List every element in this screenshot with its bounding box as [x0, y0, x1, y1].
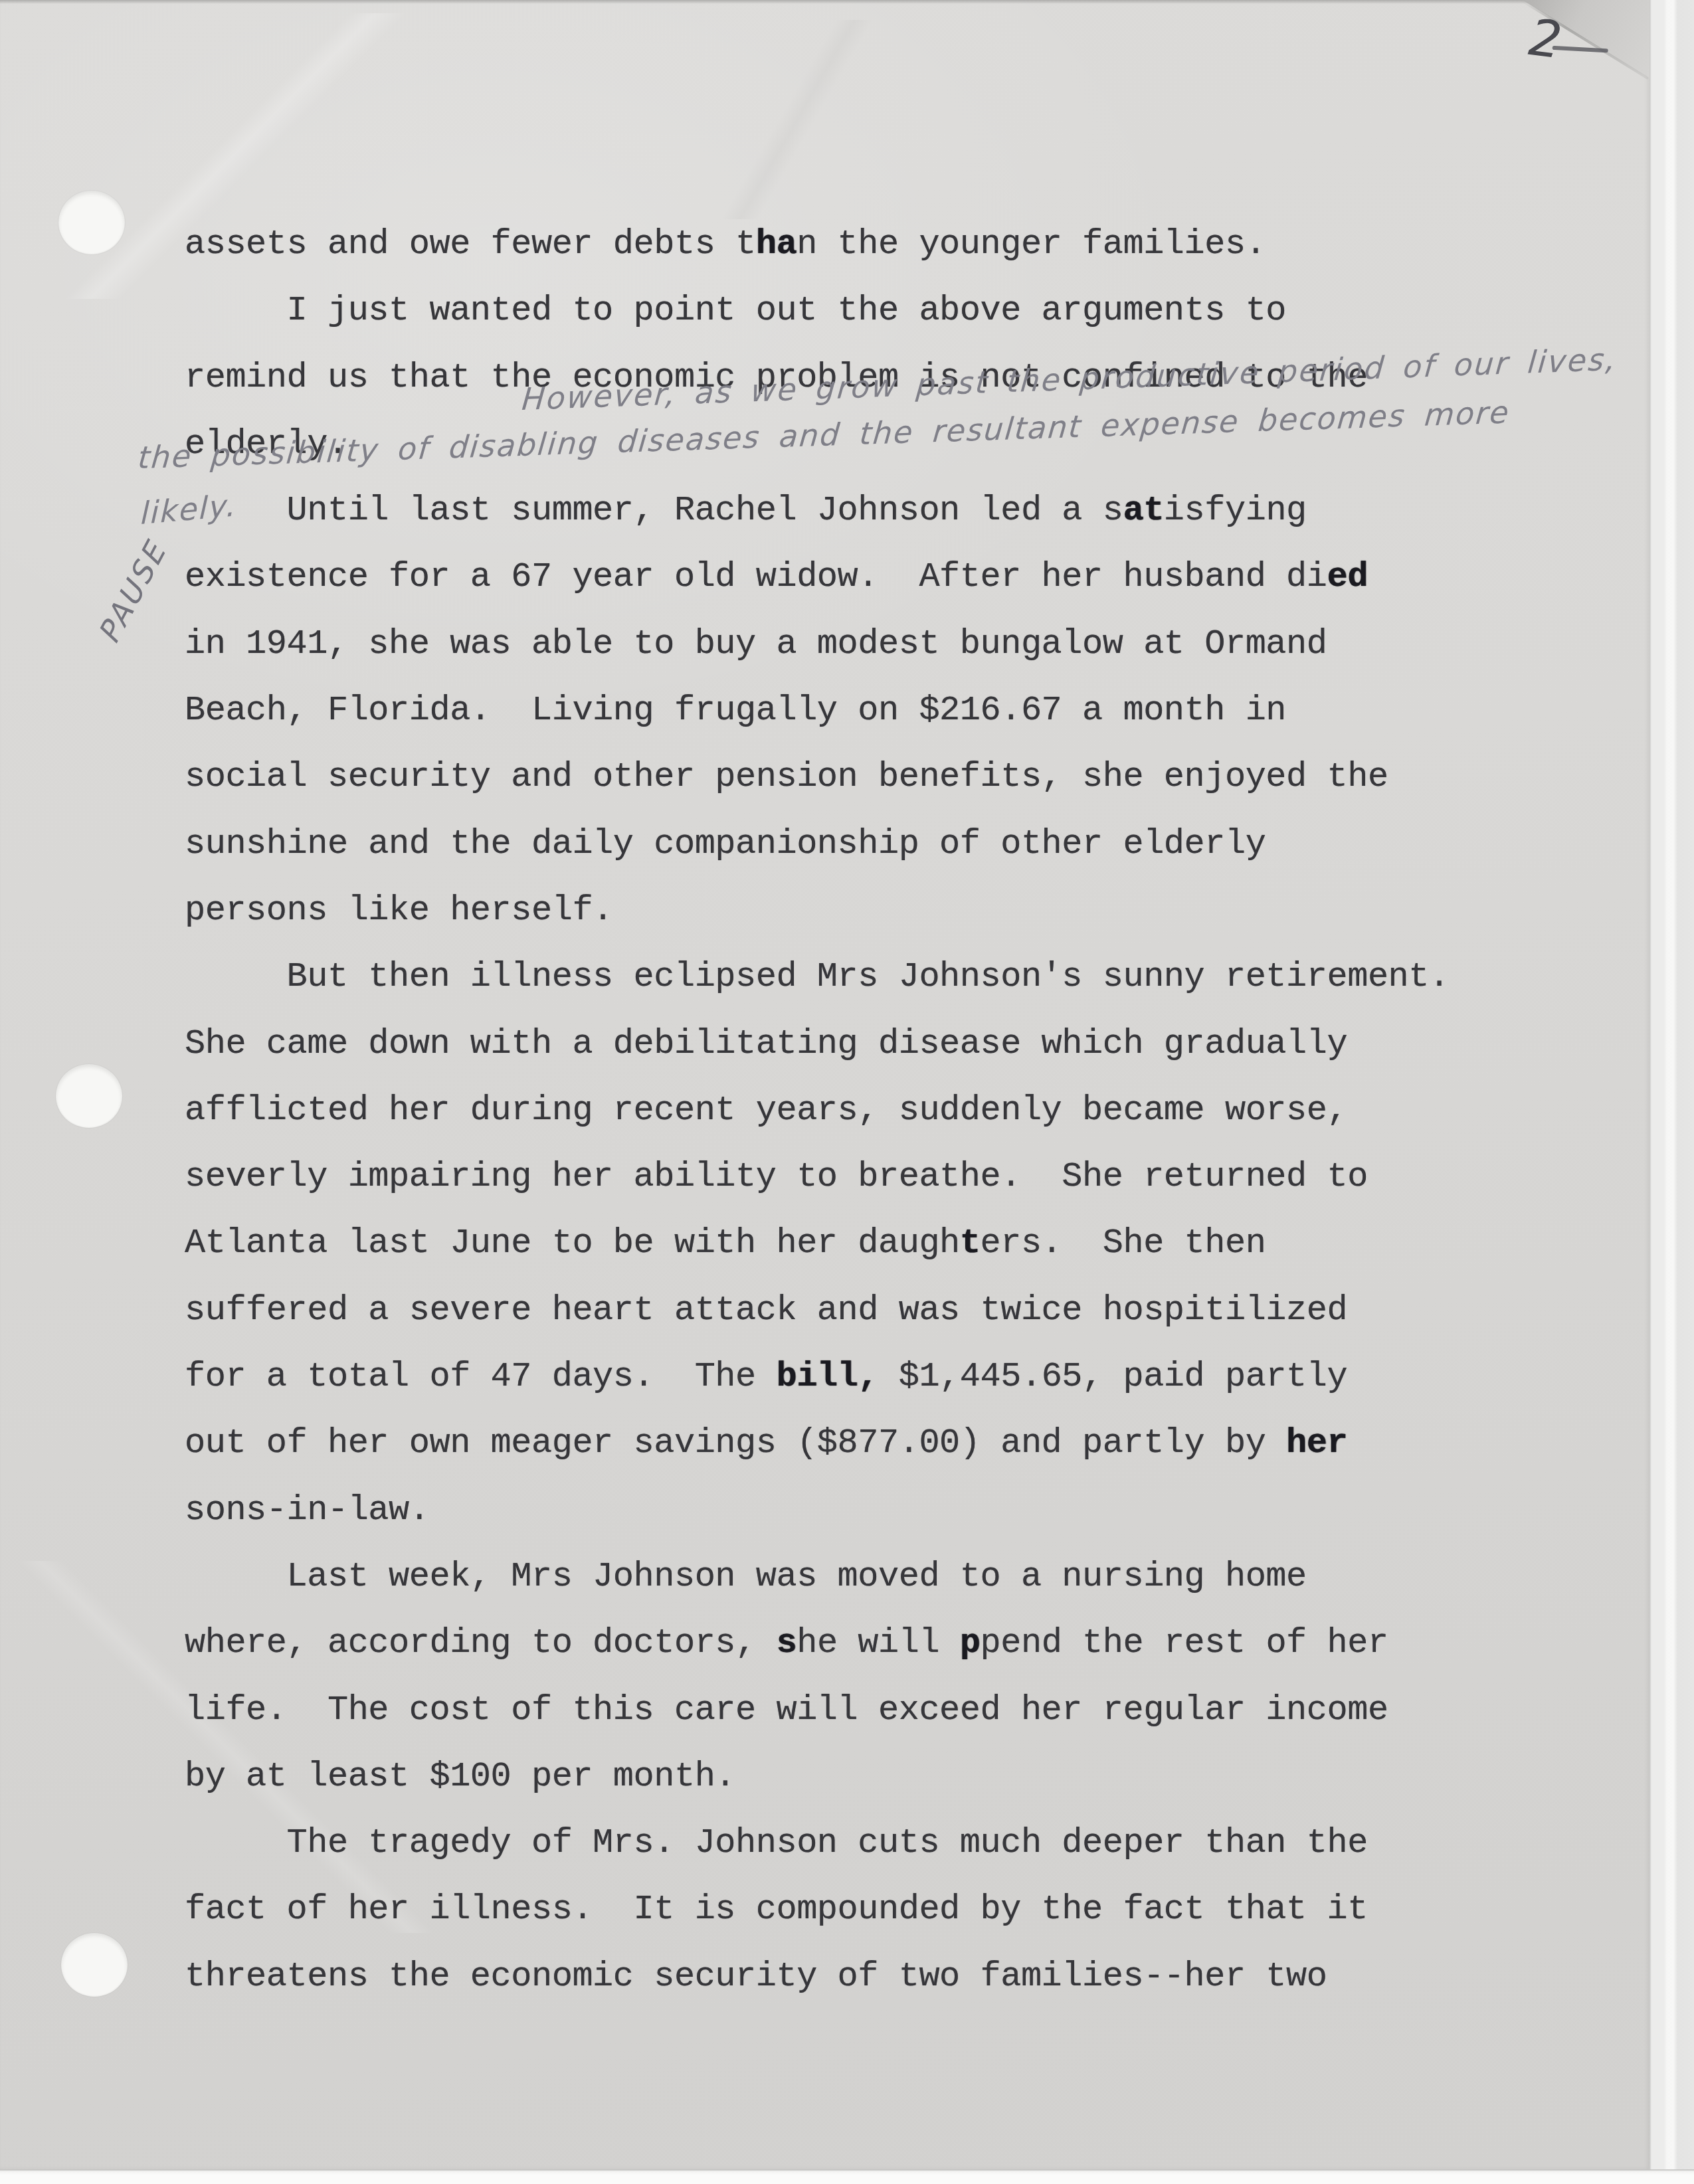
- typed-segment: where, according to doctors,: [185, 1623, 776, 1663]
- typed-segment: sons-in-law.: [185, 1491, 429, 1530]
- typed-line: by at least $100 per month.: [185, 1744, 1450, 1810]
- typed-text-body: assets and owe fewer debts than the youn…: [185, 211, 1450, 2010]
- handwritten-page-number: 2: [1526, 7, 1612, 76]
- typed-segment-overstruck: t: [960, 1224, 981, 1263]
- typed-segment-overstruck: p: [960, 1623, 981, 1663]
- typed-segment: $1,445.65, paid partly: [878, 1357, 1347, 1396]
- typed-line: where, according to doctors, she will pp…: [185, 1610, 1450, 1677]
- typed-segment: by at least $100 per month.: [185, 1757, 735, 1796]
- paper-crease: [545, 20, 1050, 219]
- typed-line: sunshine and the daily companionship of …: [185, 811, 1450, 877]
- typed-line: The tragedy of Mrs. Johnson cuts much de…: [185, 1810, 1450, 1876]
- typed-line: afflicted her during recent years, sudde…: [185, 1077, 1450, 1144]
- typed-segment: sunshine and the daily companionship of …: [185, 824, 1266, 864]
- punch-hole-middle: [56, 1064, 122, 1128]
- typed-segment: Beach, Florida. Living frugally on $216.…: [185, 691, 1286, 730]
- typed-segment: n the younger families.: [797, 225, 1266, 264]
- typed-segment: assets and owe fewer debts t: [185, 225, 756, 264]
- typed-segment: social security and other pension benefi…: [185, 757, 1388, 796]
- typed-segment: Atlanta last June to be with her daugh: [185, 1224, 960, 1263]
- typed-segment: afflicted her during recent years, sudde…: [185, 1091, 1347, 1130]
- typed-segment: Until last summer, Rachel Johnson led a …: [185, 491, 1123, 530]
- typed-segment: But then illness eclipsed Mrs Johnson's …: [185, 957, 1450, 996]
- typed-segment: isfying: [1164, 491, 1307, 530]
- typed-line: persons like herself.: [185, 877, 1450, 944]
- typed-segment: in 1941, she was able to buy a modest bu…: [185, 624, 1327, 664]
- typed-segment: out of her own meager savings ($877.00) …: [185, 1423, 1286, 1463]
- typed-segment-overstruck: ha: [756, 225, 797, 264]
- typed-line: suffered a severe heart attack and was t…: [185, 1277, 1450, 1344]
- typed-segment: I just wanted to point out the above arg…: [185, 291, 1286, 330]
- typed-line: She came down with a debilitating diseas…: [185, 1011, 1450, 1077]
- typed-line: life. The cost of this care will exceed …: [185, 1677, 1450, 1744]
- typed-segment: fact of her illness. It is compounded by…: [185, 1890, 1368, 1929]
- typed-segment: suffered a severe heart attack and was t…: [185, 1291, 1347, 1330]
- typed-segment: life. The cost of this care will exceed …: [185, 1690, 1388, 1730]
- typed-segment-overstruck: ed: [1327, 557, 1367, 596]
- typed-segment-overstruck: at: [1123, 491, 1163, 530]
- typed-segment-overstruck: her: [1286, 1423, 1347, 1463]
- scanned-document-page: 2 assets and owe fewer debts than the yo…: [0, 0, 1694, 2184]
- scanner-background-bottom: [0, 2169, 1694, 2184]
- typed-segment-overstruck: s: [776, 1623, 797, 1663]
- typed-line: Until last summer, Rachel Johnson led a …: [185, 478, 1450, 544]
- typed-segment: Last week, Mrs Johnson was moved to a nu…: [185, 1557, 1307, 1596]
- typed-segment: severly impairing her ability to breathe…: [185, 1157, 1368, 1196]
- typed-line: severly impairing her ability to breathe…: [185, 1144, 1450, 1210]
- typed-line: social security and other pension benefi…: [185, 744, 1450, 810]
- typed-line: fact of her illness. It is compounded by…: [185, 1876, 1450, 1943]
- typed-segment: he will: [797, 1623, 960, 1663]
- margin-note-pause: PAUSE: [92, 532, 174, 648]
- typed-line: I just wanted to point out the above arg…: [185, 278, 1450, 344]
- typed-line: Last week, Mrs Johnson was moved to a nu…: [185, 1544, 1450, 1610]
- typed-segment: ers. She then: [981, 1224, 1266, 1263]
- paper-sheet: 2 assets and owe fewer debts than the yo…: [0, 0, 1649, 2169]
- typed-segment: persons like herself.: [185, 891, 613, 930]
- typed-segment-overstruck: bill,: [776, 1357, 878, 1396]
- typed-segment: The tragedy of Mrs. Johnson cuts much de…: [185, 1823, 1368, 1863]
- scanner-background-right: [1649, 0, 1694, 2184]
- typed-line: existence for a 67 year old widow. After…: [185, 544, 1450, 610]
- punch-hole-bottom: [61, 1933, 128, 1997]
- typed-line: assets and owe fewer debts than the youn…: [185, 211, 1450, 278]
- typed-segment: threatens the economic security of two f…: [185, 1957, 1327, 1996]
- typed-line: Beach, Florida. Living frugally on $216.…: [185, 678, 1450, 744]
- typed-segment: for a total of 47 days. The: [185, 1357, 776, 1396]
- typed-line: for a total of 47 days. The bill, $1,445…: [185, 1344, 1450, 1410]
- typed-segment: pend the rest of her: [981, 1623, 1388, 1663]
- typed-line: threatens the economic security of two f…: [185, 1944, 1450, 2010]
- typed-line: Atlanta last June to be with her daughte…: [185, 1210, 1450, 1277]
- typed-segment: She came down with a debilitating diseas…: [185, 1024, 1347, 1063]
- typed-segment: existence for a 67 year old widow. After…: [185, 557, 1327, 596]
- typed-line: But then illness eclipsed Mrs Johnson's …: [185, 944, 1450, 1010]
- typed-line: out of her own meager savings ($877.00) …: [185, 1410, 1450, 1477]
- typed-line: in 1941, she was able to buy a modest bu…: [185, 611, 1450, 678]
- punch-hole-top: [58, 191, 125, 254]
- typed-line: sons-in-law.: [185, 1477, 1450, 1544]
